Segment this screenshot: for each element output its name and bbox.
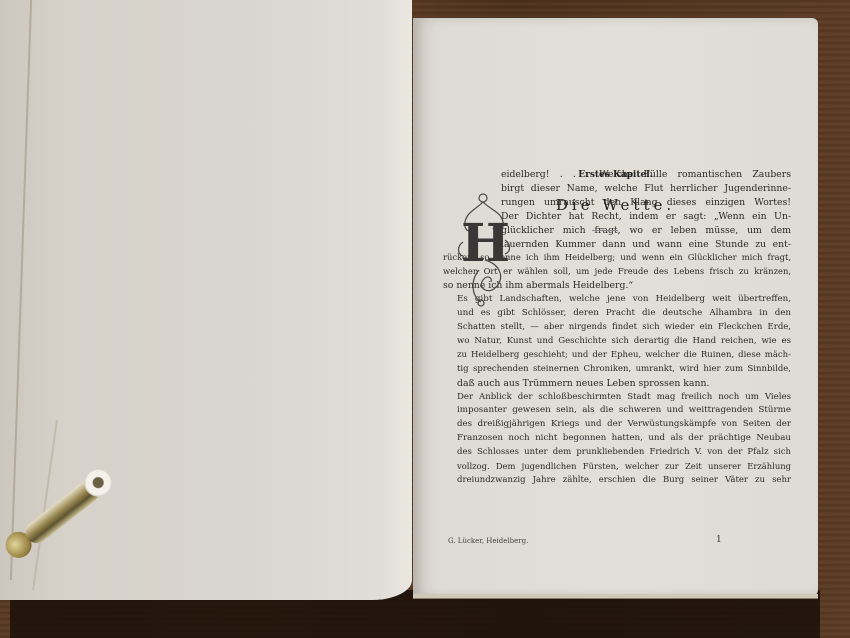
text-line: zu Heidelberg geschieht; und der Epheu, … (443, 349, 791, 363)
page-stack-edge (413, 594, 818, 599)
drop-cap-letter: H (461, 218, 510, 270)
text-line: vollzog. Dem jugendlichen Fürsten, welch… (443, 460, 791, 474)
text-line: daß auch aus Trümmern neues Leben spross… (443, 377, 791, 391)
text-line: imposanter gewesen sein, als die schwere… (443, 404, 791, 418)
text-line: des Schlosses unter dem prunkliebenden F… (443, 446, 791, 460)
text-line: Der Anblick der schloßbeschirmten Stadt … (443, 391, 791, 405)
page-edge-line (10, 0, 32, 580)
paragraph-3: Der Anblick der schloßbeschirmten Stadt … (443, 391, 791, 488)
text-line: wo Natur, Kunst und Geschichte sich dera… (443, 335, 791, 349)
ornamental-drop-cap: H (455, 190, 513, 308)
text-line: Franzosen noch nicht begonnen hatten, un… (443, 432, 791, 446)
title-divider (592, 230, 618, 231)
text-line: birgt dieser Name, welche Flut herrliche… (501, 182, 791, 196)
page-number: 1 (716, 535, 722, 545)
text-line: glücklicher mich fragt, wo er leben müss… (501, 224, 791, 238)
text-line: und es gibt Schlösser, deren Pracht die … (443, 307, 791, 321)
text-line: Schatten stellt, — aber nirgends findet … (443, 321, 791, 335)
text-line: tig sprechenden steinernen Chroniken, um… (443, 363, 791, 377)
text-line: dreiundzwanzig Jahre zählte, erschien di… (443, 474, 791, 488)
text-line: lauernden Kummer dann und wann eine Stun… (501, 238, 791, 252)
chapter-label: Erstes Kapitel. (413, 170, 818, 180)
text-line: des dreißigjährigen Kriegs und der Verwü… (443, 418, 791, 432)
